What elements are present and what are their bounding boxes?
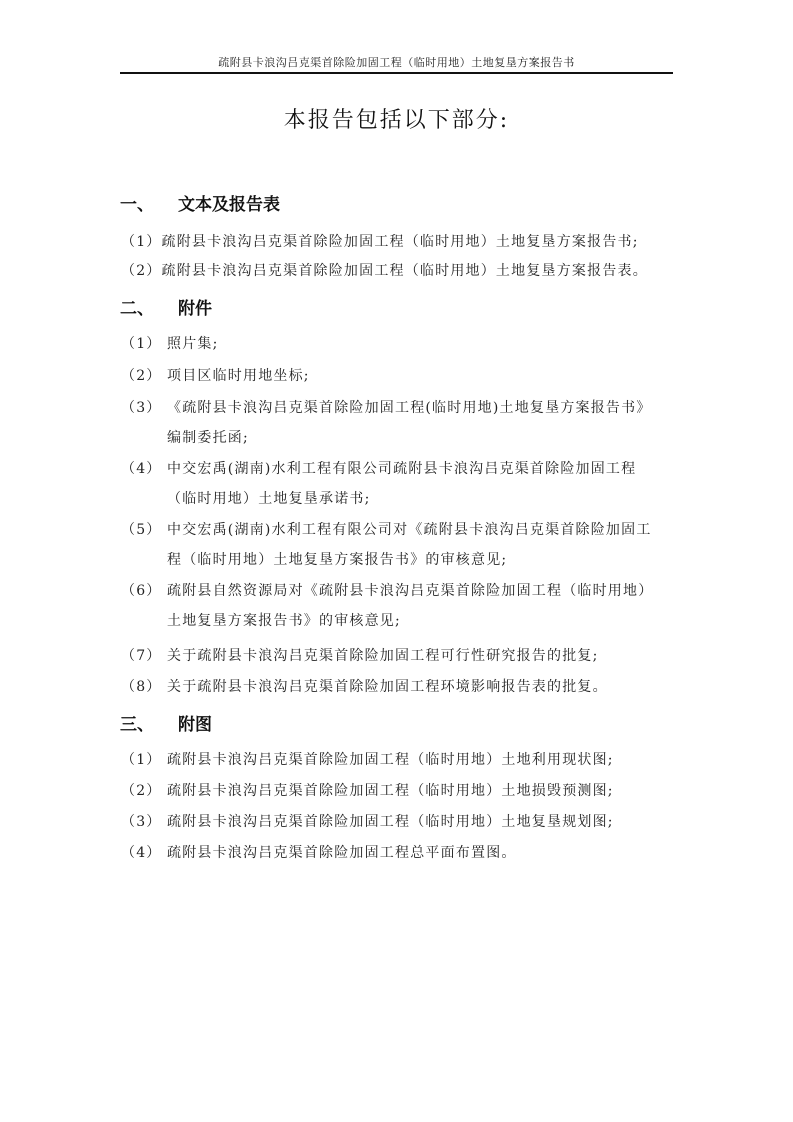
list-item: （8）关于疏附县卡浪沟吕克渠首除险加固工程环境影响报告表的批复。 — [121, 676, 608, 696]
item-index: （6） — [121, 580, 167, 600]
item-text: 中交宏禹(湖南)水利工程有限公司对《疏附县卡浪沟吕克渠首除险加固工 — [167, 522, 652, 538]
document-title: 本报告包括以下部分: — [0, 103, 793, 134]
item-index: （7） — [121, 645, 167, 665]
list-item: （2）疏附县卡浪沟吕克渠首除险加固工程（临时用地）土地损毁预测图; — [121, 780, 614, 800]
list-item: （5）中交宏禹(湖南)水利工程有限公司对《疏附县卡浪沟吕克渠首除险加固工 — [121, 519, 652, 539]
item-continuation: 土地复垦方案报告书》的审核意见; — [167, 610, 401, 630]
item-text: 《疏附县卡浪沟吕克渠首除险加固工程(临时用地)土地复垦方案报告书》 — [167, 400, 652, 416]
item-text: 疏附县卡浪沟吕克渠首除险加固工程总平面布置图。 — [167, 845, 517, 861]
item-text: 关于疏附县卡浪沟吕克渠首除险加固工程环境影响报告表的批复。 — [167, 679, 608, 695]
list-item: （1）疏附县卡浪沟吕克渠首除险加固工程（临时用地）土地利用现状图; — [121, 749, 614, 769]
section-number: 二、 — [120, 294, 178, 319]
list-item: （1）疏附县卡浪沟吕克渠首除险加固工程（临时用地）土地复垦方案报告书; — [121, 231, 639, 251]
item-index: （1） — [121, 749, 167, 769]
item-index: （5） — [121, 519, 167, 539]
list-item: （2）项目区临时用地坐标; — [121, 365, 310, 385]
item-text: 疏附县卡浪沟吕克渠首除险加固工程（临时用地）土地损毁预测图; — [167, 783, 614, 799]
list-item: （2）疏附县卡浪沟吕克渠首除险加固工程（临时用地）土地复垦方案报告表。 — [121, 260, 648, 280]
item-text: 疏附县卡浪沟吕克渠首除险加固工程（临时用地）土地利用现状图; — [167, 752, 614, 768]
item-text: 照片集; — [167, 336, 219, 352]
item-text: 疏附县卡浪沟吕克渠首除险加固工程（临时用地）土地复垦规划图; — [167, 814, 614, 830]
item-continuation: 程（临时用地）土地复垦方案报告书》的审核意见; — [167, 549, 507, 569]
item-text: 疏附县卡浪沟吕克渠首除险加固工程（临时用地）土地复垦方案报告表。 — [162, 263, 648, 279]
header-divider — [120, 72, 673, 74]
item-index: （1） — [121, 231, 162, 251]
list-item: （1）照片集; — [121, 333, 219, 353]
item-text: 疏附县自然资源局对《疏附县卡浪沟吕克渠首除险加固工程（临时用地） — [167, 583, 653, 599]
item-index: （4） — [121, 842, 167, 862]
list-item: （6）疏附县自然资源局对《疏附县卡浪沟吕克渠首除险加固工程（临时用地） — [121, 580, 653, 600]
item-text: 中交宏禹(湖南)水利工程有限公司疏附县卡浪沟吕克渠首除险加固工程 — [167, 461, 636, 477]
section-title: 附件 — [178, 294, 212, 319]
item-text: 疏附县卡浪沟吕克渠首除险加固工程（临时用地）土地复垦方案报告书; — [162, 234, 639, 250]
item-continuation: 编制委托函; — [167, 427, 249, 447]
item-text: 关于疏附县卡浪沟吕克渠首除险加固工程可行性研究报告的批复; — [167, 648, 599, 664]
item-index: （2） — [121, 365, 167, 385]
item-index: （8） — [121, 676, 167, 696]
list-item: （7）关于疏附县卡浪沟吕克渠首除险加固工程可行性研究报告的批复; — [121, 645, 599, 665]
item-index: （1） — [121, 333, 167, 353]
list-item: （4）疏附县卡浪沟吕克渠首除险加固工程总平面布置图。 — [121, 842, 517, 862]
item-index: （3） — [121, 811, 167, 831]
section-number: 一、 — [120, 190, 178, 215]
item-index: （4） — [121, 458, 167, 478]
list-item: （4）中交宏禹(湖南)水利工程有限公司疏附县卡浪沟吕克渠首除险加固工程 — [121, 458, 636, 478]
section-number: 三、 — [120, 710, 178, 735]
section-heading-figures: 三、 附图 — [120, 710, 212, 735]
item-index: （2） — [121, 780, 167, 800]
item-continuation: （临时用地）土地复垦承诺书; — [167, 488, 371, 508]
section-title: 文本及报告表 — [178, 190, 280, 215]
section-title: 附图 — [178, 710, 212, 735]
section-heading-text-and-forms: 一、 文本及报告表 — [120, 190, 280, 215]
section-heading-attachments: 二、 附件 — [120, 294, 212, 319]
item-index: （2） — [121, 260, 162, 280]
item-index: （3） — [121, 397, 167, 417]
item-text: 项目区临时用地坐标; — [167, 368, 310, 384]
list-item: （3）疏附县卡浪沟吕克渠首除险加固工程（临时用地）土地复垦规划图; — [121, 811, 614, 831]
running-header: 疏附县卡浪沟吕克渠首除险加固工程（临时用地）土地复垦方案报告书 — [120, 54, 673, 70]
list-item: （3）《疏附县卡浪沟吕克渠首除险加固工程(临时用地)土地复垦方案报告书》 — [121, 397, 652, 417]
